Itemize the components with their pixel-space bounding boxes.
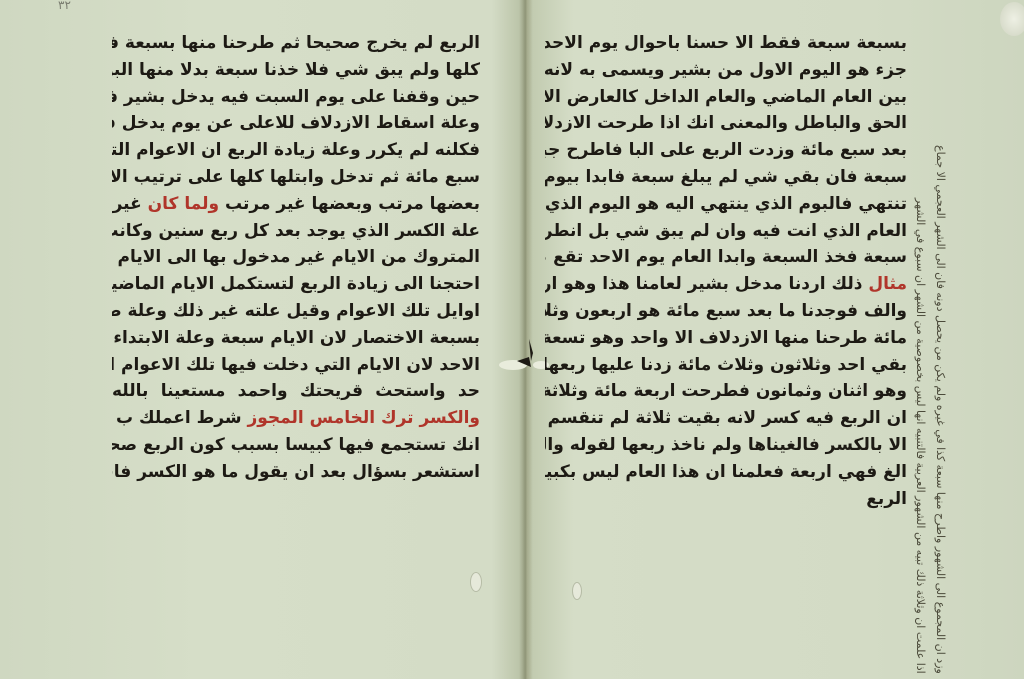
text-line: تنتهي فالبوم الذي ينتهي اليه هو اليوم ال… (545, 191, 907, 218)
text-line: بعد سبع مائة وزدت الربع على البا فاطرح ج… (545, 137, 907, 164)
manuscript-spread: ٣٢ الربع لم يخرج صحيحا ثم طرحنا منها بسب… (0, 0, 1024, 679)
text-line: فكلنه لم يكرر وعلة زيادة الربع ان الاعوا… (112, 137, 480, 164)
text-segment: بعضها مرتب وبعضها غير مرتب (219, 194, 480, 214)
text-segment: غير المرتب (112, 194, 148, 214)
text-line: جزء هو اليوم الاول من بشير ويسمى به لانه… (545, 57, 907, 84)
text-line: المتروك من الايام غير مدخول بها الى الاي… (112, 244, 480, 271)
text-line: مائة طرحنا منها الازدلاف الا واحد وهو تس… (545, 325, 907, 352)
page-stain (470, 572, 482, 592)
marginal-note-column: اذا علمت ان وثلاثة ذلك تبيه من الشهور ال… (905, 14, 927, 674)
text-line: حد واستحث قريحتك واحمد مستعينا بالله (112, 378, 480, 405)
text-line: الحق والباطل والمعنى انك اذا طرحت الازدل… (545, 110, 907, 137)
text-line: بسبعة سبعة فقط الا حسنا باحوال يوم الاحد… (545, 30, 907, 57)
text-line: وهو اثنان وثمانون فطرحت اربعة مائة وثلاث… (545, 378, 907, 405)
marginal-note-column: وزد ان المجموع الى الشهور واطرح منها سبع… (925, 14, 947, 674)
rubric-red-text: والكسر ترك الخامس المجوز (247, 408, 480, 428)
rubric-red-text: ولما كان (148, 194, 219, 214)
text-line: الغ فهي اربعة فعلمنا ان هذا العام ليس بك… (545, 459, 907, 486)
text-line: العام الذي انت فيه وان لم يبق شي بل انطر… (545, 218, 907, 245)
text-line: احتجنا الى زيادة الربع لتستكمل الايام ال… (112, 271, 480, 298)
text-line: سبع مائة ثم تدخل وابتلها كلها على ترتيب … (112, 164, 480, 191)
text-line: بسبعة الاختصار لان الايام سبعة وعلة الاب… (112, 325, 480, 352)
text-line: سبعة فان بقي شي لم يبلغ سبعة فابدا بيوم … (545, 164, 907, 191)
text-line: علة الكسر الذي يوجد بعد كل ربع سنين وكان… (112, 218, 480, 245)
text-segment: ذلك اردنا مدخل بشير لعامنا هذا وهو اربعو… (545, 274, 868, 294)
text-line: استشعر بسؤال بعد ان يقول ما هو الكسر فاخ… (112, 459, 480, 486)
text-line: الربع لم يخرج صحيحا ثم طرحنا منها بسبعة … (112, 30, 480, 57)
text-line: كلها ولم يبق شي فلا خذنا سبعة بدلا منها … (112, 57, 480, 84)
text-line-with-rubric: بعضها مرتب وبعضها غير مرتب ولما كان غير … (112, 191, 480, 218)
text-line: الا بالكسر فالغيناها ولم ناخذ ربعها لقول… (545, 432, 907, 459)
text-line: بين العام الماضي والعام الداخل كالعارض ا… (545, 84, 907, 111)
marginal-note: اذا علمت ان وثلاثة ذلك تبيه من الشهور ال… (905, 14, 1001, 674)
text-line: الربع (545, 486, 907, 513)
right-page-text-block: بسبعة سبعة فقط الا حسنا باحوال يوم الاحد… (545, 30, 907, 512)
left-page-text-block: الربع لم يخرج صحيحا ثم طرحنا منها بسبعة … (112, 30, 480, 486)
text-line: الاحد لان الايام التي دخلت فيها تلك الاع… (112, 352, 480, 379)
text-line: حين وقفنا على يوم السبت فيه يدخل بشير في… (112, 84, 480, 111)
text-line: اوايل تلك الاعوام وقيل علته غير ذلك وعلة… (112, 298, 480, 325)
text-line: والف فوجدنا ما بعد سبع مائة هو اربعون وث… (545, 298, 907, 325)
text-line: وعلة اسقاط الازدلاف للاعلى عن يوم يدخل ف… (112, 110, 480, 137)
text-line-with-rubric: والكسر ترك الخامس المجوز شرط اعملك ب الق… (112, 405, 480, 432)
folio-number: ٣٢ (58, 0, 71, 12)
text-segment: شرط اعملك ب القاعدة (112, 408, 247, 428)
text-line: انك تستجمع فيها كبيسا بسبب كون الربع صحي… (112, 432, 480, 459)
page-stain (1000, 2, 1024, 36)
text-line: بقي احد وثلاثون وثلاث مائة زدنا عليها رب… (545, 352, 907, 379)
rubric-red-text: مثال (868, 274, 907, 294)
page-stain (572, 582, 582, 600)
text-line: سبعة فخذ السبعة وابدا العام يوم الاحد تق… (545, 244, 907, 271)
text-line: ان الربع فيه كسر لانه بقيت ثلاثة لم تنقس… (545, 405, 907, 432)
text-line-with-rubric: مثال ذلك اردنا مدخل بشير لعامنا هذا وهو … (545, 271, 907, 298)
left-page: ٣٢ الربع لم يخرج صحيحا ثم طرحنا منها بسب… (0, 0, 520, 679)
